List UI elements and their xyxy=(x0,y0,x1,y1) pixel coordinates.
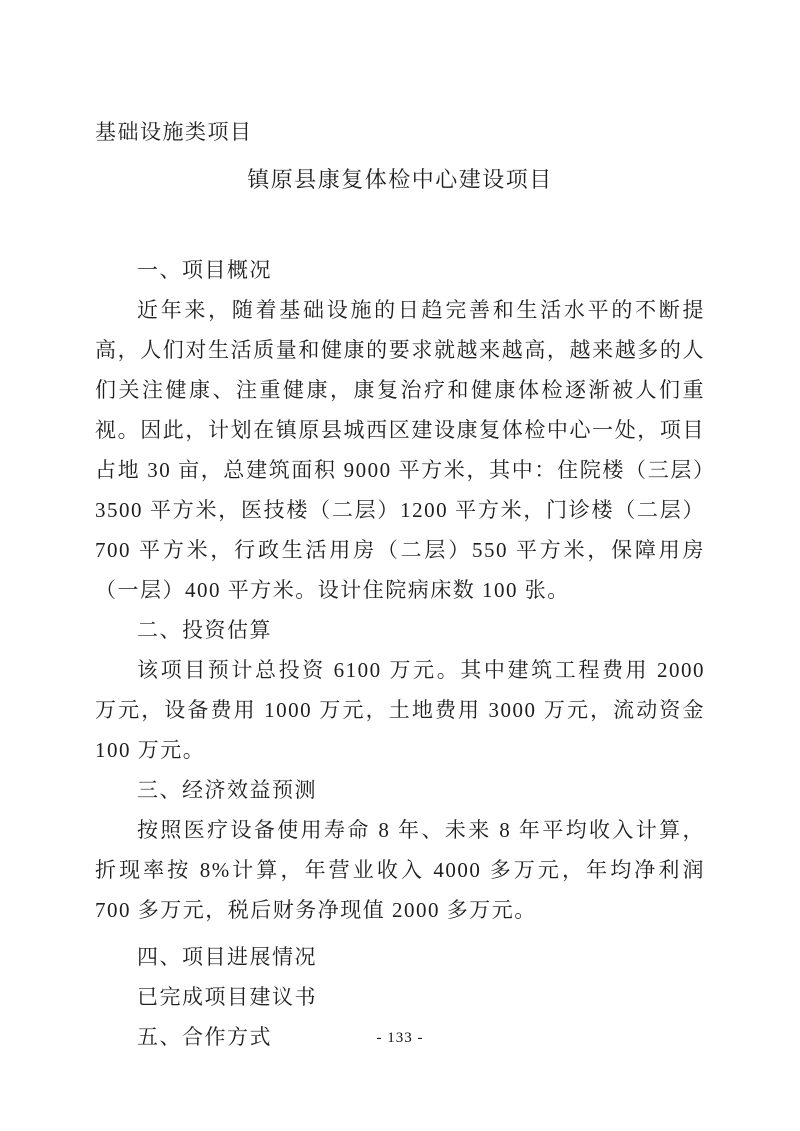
paragraph-overview: 近年来，随着基础设施的日趋完善和生活水平的不断提高，人们对生活质量和健康的要求就… xyxy=(95,290,705,610)
paragraph-progress: 已完成项目建议书 xyxy=(95,977,705,1017)
section-heading-economic-benefit: 三、经济效益预测 xyxy=(95,770,705,810)
category-heading: 基础设施类项目 xyxy=(95,118,705,146)
paragraph-investment: 该项目预计总投资 6100 万元。其中建筑工程费用 2000 万元，设备费用 1… xyxy=(95,650,705,770)
section-heading-overview: 一、项目概况 xyxy=(95,250,705,290)
document-page: 基础设施类项目 镇原县康复体检中心建设项目 一、项目概况 近年来，随着基础设施的… xyxy=(0,0,800,1131)
document-title: 镇原县康复体检中心建设项目 xyxy=(95,166,705,194)
paragraph-economic-benefit: 按照医疗设备使用寿命 8 年、未来 8 年平均收入计算，折现率按 8%计算，年营… xyxy=(95,810,705,930)
document-body: 一、项目概况 近年来，随着基础设施的日趋完善和生活水平的不断提高，人们对生活质量… xyxy=(95,250,705,1057)
page-number: - 133 - xyxy=(0,1030,800,1047)
section-heading-investment: 二、投资估算 xyxy=(95,610,705,650)
document-content: 基础设施类项目 镇原县康复体检中心建设项目 一、项目概况 近年来，随着基础设施的… xyxy=(95,118,705,1057)
section-heading-progress: 四、项目进展情况 xyxy=(95,937,705,977)
